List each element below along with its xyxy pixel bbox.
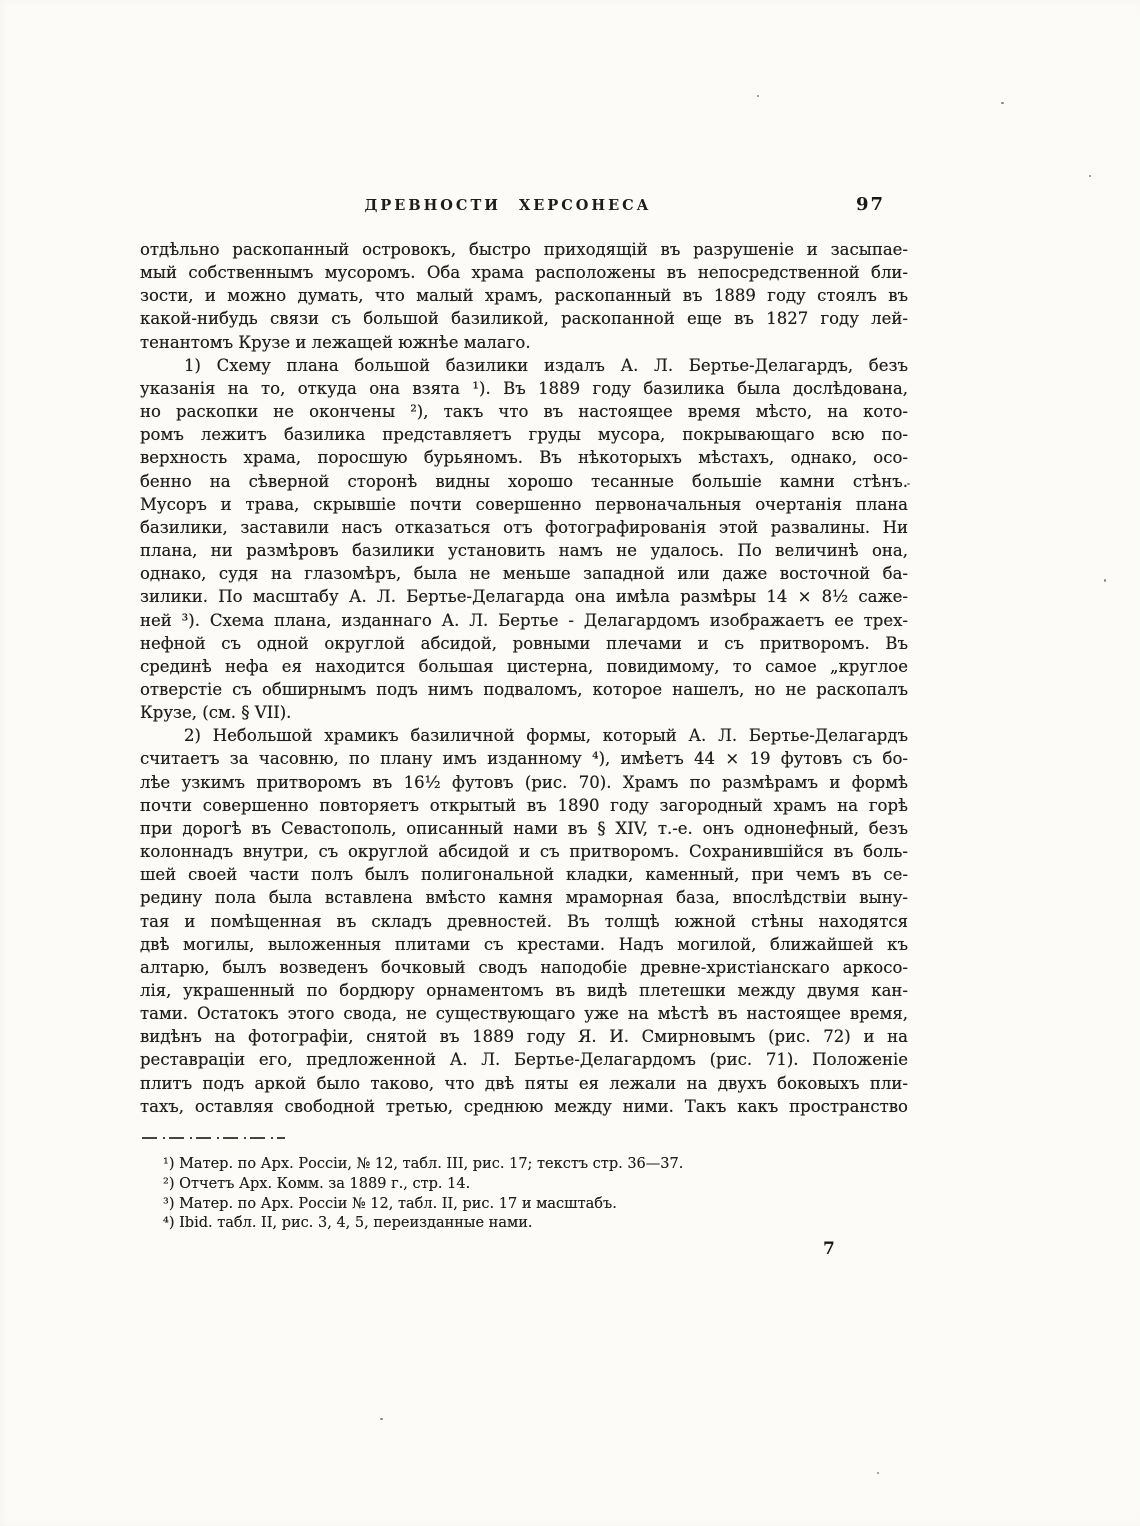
- running-title: ДРЕВНОСТИ ХЕРСОНЕСА: [124, 197, 892, 214]
- text-line: указанія на то, откуда она взята ¹). Въ …: [140, 377, 908, 400]
- text-line: базилики, заставили насъ отказаться отъ …: [140, 516, 908, 539]
- text-line: тенантомъ Крузе и лежащей южнѣе малаго.: [140, 331, 908, 354]
- text-line: зости, и можно думать, что малый храмъ, …: [140, 284, 908, 307]
- text-line: лѣе узкимъ притворомъ въ 16¹⁄₂ футовъ (р…: [140, 771, 908, 794]
- text-line: считаетъ за часовню, по плану имъ изданн…: [140, 747, 908, 770]
- text-line: отверстіе съ обширнымъ подъ нимъ подвало…: [140, 678, 908, 701]
- scan-speck: [757, 95, 759, 97]
- scan-speck: [907, 483, 910, 485]
- footnote-line: ²) Отчетъ Арх. Комм. за 1889 г., стр. 14…: [163, 1175, 908, 1195]
- text-line: ромъ лежитъ базилика представляетъ груды…: [140, 423, 908, 446]
- text-line: 2) Небольшой храмикъ базиличной формы, к…: [140, 724, 908, 747]
- scan-speck: [1104, 579, 1106, 582]
- text-line: при дорогѣ въ Севастополь, описанный нам…: [140, 817, 908, 840]
- scan-speck: [380, 1418, 383, 1420]
- text-line: редину пола была вставлена вмѣсто камня …: [140, 886, 908, 909]
- scan-speck: [822, 297, 824, 299]
- page-number: 97: [856, 194, 885, 215]
- text-line: но раскопки не окончены ²), такъ что въ …: [140, 400, 908, 423]
- text-line: колоннадъ внутри, съ округлой абсидой и …: [140, 840, 908, 863]
- text-line: 1) Схему плана большой базилики издалъ А…: [140, 354, 908, 377]
- body-text: отдѣльно раскопанный островокъ, быстро п…: [140, 238, 908, 1118]
- page-header: ДРЕВНОСТИ ХЕРСОНЕСА 97: [140, 197, 908, 221]
- text-line: ней ³). Схема плана, изданнаго А. Л. Бер…: [140, 609, 908, 632]
- text-line: зилики. По масштабу А. Л. Бертье-Делагар…: [140, 585, 908, 608]
- text-line: верхность храма, поросшую бурьяномъ. Въ …: [140, 446, 908, 469]
- footnote-line: ³) Матер. по Арх. Россіи № 12, табл. II,…: [163, 1195, 908, 1215]
- text-line: отдѣльно раскопанный островокъ, быстро п…: [140, 238, 908, 261]
- text-line: видѣнъ на фотографіи, снятой въ 1889 год…: [140, 1025, 908, 1048]
- text-line: какой-нибудь связи съ большой базиликой,…: [140, 307, 908, 330]
- text-line: нефной съ одной округлой абсидой, ровным…: [140, 632, 908, 655]
- footnote-separator: [142, 1137, 285, 1139]
- signature-number: 7: [823, 1239, 835, 1259]
- text-line: плитъ подъ аркой было таково, что двѣ пя…: [140, 1072, 908, 1095]
- text-line: почти совершенно повторяетъ открытый въ …: [140, 794, 908, 817]
- text-line: бенно на сѣверной сторонѣ видны хорошо т…: [140, 470, 908, 493]
- scan-speck: [1001, 102, 1004, 104]
- text-line: тая и помѣщенная въ складъ древностей. В…: [140, 910, 908, 933]
- scan-speck: [1089, 175, 1091, 177]
- text-line: Крузе, (см. § VII).: [140, 701, 908, 724]
- text-line: двѣ могилы, выложенныя плитами съ креста…: [140, 933, 908, 956]
- book-page: ДРЕВНОСТИ ХЕРСОНЕСА 97 отдѣльно раскопан…: [0, 0, 1140, 1526]
- text-line: шей своей части полъ былъ полигональной …: [140, 863, 908, 886]
- text-line: реставраціи его, предложенной А. Л. Берт…: [140, 1048, 908, 1071]
- text-line: алтарю, былъ возведенъ бочковый сводъ на…: [140, 956, 908, 979]
- text-line: мый собственнымъ мусоромъ. Оба храма рас…: [140, 261, 908, 284]
- text-line: однако, судя на глазомѣръ, была не меньш…: [140, 562, 908, 585]
- text-line: тами. Остатокъ этого свода, не существую…: [140, 1002, 908, 1025]
- scan-speck: [877, 1472, 879, 1474]
- text-line: тахъ, оставляя свободной третью, среднюю…: [140, 1095, 908, 1118]
- text-line: плана, ни размѣровъ базилики установить …: [140, 539, 908, 562]
- footnote-line: ¹) Матер. по Арх. Россіи, № 12, табл. II…: [163, 1155, 908, 1175]
- text-line: Мусоръ и трава, скрывшіе почти совершенн…: [140, 493, 908, 516]
- text-line: срединѣ нефа ея находится большая цистер…: [140, 655, 908, 678]
- footnote-line: ⁴) Ibid. табл. II, рис. 3, 4, 5, переизд…: [163, 1214, 908, 1234]
- footnotes: ¹) Матер. по Арх. Россіи, № 12, табл. II…: [163, 1155, 908, 1234]
- text-line: лія, украшенный по бордюру орнаментомъ в…: [140, 979, 908, 1002]
